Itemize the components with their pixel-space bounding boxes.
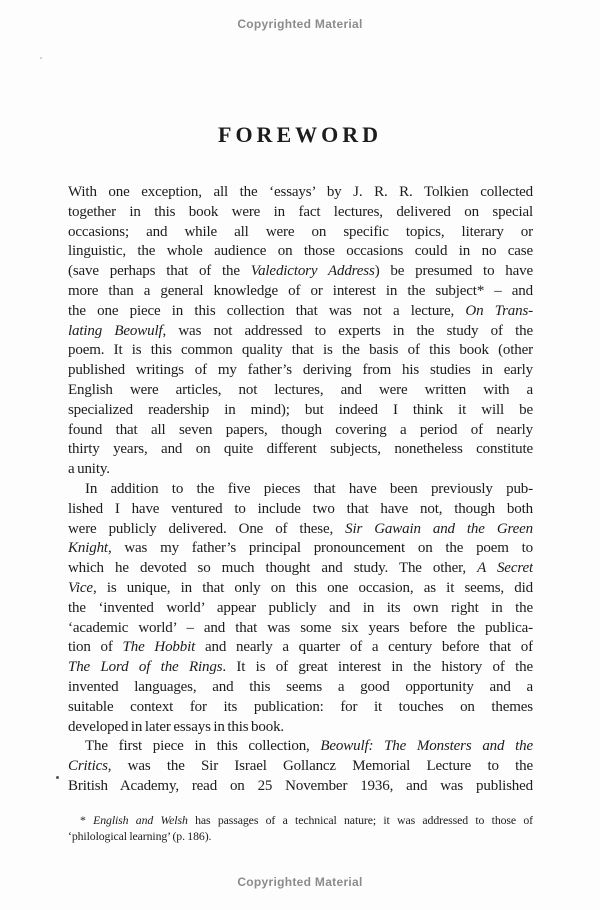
text-line: which he devoted so much thought and stu… (68, 559, 533, 579)
text-segment: found that all seven papers, though cove… (68, 422, 533, 438)
italic-text: On Trans- (465, 303, 533, 319)
text-segment: the one piece in this collection that wa… (68, 303, 465, 319)
text-line: a unity. (68, 460, 533, 480)
text-segment: developed in later essays in this book. (68, 719, 284, 735)
book-page: Copyrighted Material FOREWORD With one e… (0, 0, 600, 910)
text-line: were publicly delivered. One of these, S… (68, 520, 533, 540)
text-line: lating Beowulf, was not addressed to exp… (68, 322, 533, 342)
italic-text: English and Welsh (93, 813, 188, 827)
italic-text: A Secret (477, 560, 533, 576)
text-segment: together in this book were in fact lectu… (68, 204, 533, 220)
text-line: Critics, was the Sir Israel Gollancz Mem… (68, 757, 533, 777)
italic-text: lating Beowulf (68, 323, 163, 339)
italic-text: Beowulf: The Monsters and the (320, 738, 533, 754)
text-line: In addition to the five pieces that have… (68, 480, 533, 500)
text-line: lished I have ventured to include two th… (68, 500, 533, 520)
text-line: together in this book were in fact lectu… (68, 203, 533, 223)
text-segment: thirty years, and on quite different sub… (68, 441, 533, 457)
text-segment: * (80, 813, 93, 827)
text-segment: In addition to the five pieces that have… (85, 481, 533, 497)
text-line: poem. It is this common quality that is … (68, 341, 533, 361)
print-speck (56, 776, 59, 779)
text-segment: (save perhaps that of the (68, 263, 251, 279)
text-line: Knight, was my father’s principal pronou… (68, 539, 533, 559)
text-line: (save perhaps that of the Valedictory Ad… (68, 262, 533, 282)
footnote: * English and Welsh has passages of a te… (68, 813, 533, 844)
foreword-body-text: With one exception, all the ‘essays’ by … (68, 183, 533, 797)
text-line: ‘philological learning’ (p. 186). (68, 829, 533, 845)
text-segment: published writings of my father’s derivi… (68, 362, 533, 378)
text-segment: British Academy, read on 25 November 193… (68, 778, 533, 794)
text-segment: a unity. (68, 461, 110, 477)
page-title: FOREWORD (0, 122, 600, 148)
text-line: ‘academic world’ – and that was some six… (68, 619, 533, 639)
italic-text: Valedictory Address (251, 263, 375, 279)
text-segment: , was my father’s principal pronouncemen… (108, 540, 533, 556)
text-segment: poem. It is this common quality that is … (68, 342, 533, 358)
text-segment: ‘philological learning’ (p. 186). (68, 829, 211, 843)
text-segment: suitable context for its publication: fo… (68, 699, 533, 715)
copyright-watermark-top: Copyrighted Material (0, 17, 600, 31)
copyright-watermark-bottom: Copyrighted Material (0, 875, 600, 889)
text-line: published writings of my father’s derivi… (68, 361, 533, 381)
italic-text: Vice (68, 580, 93, 596)
italic-text: Critics (68, 758, 108, 774)
text-line: found that all seven papers, though cove… (68, 421, 533, 441)
text-segment: tion of (68, 639, 123, 655)
italic-text: Sir Gawain and the Green (345, 521, 533, 537)
text-line: tion of The Hobbit and nearly a quarter … (68, 638, 533, 658)
text-line: Vice, is unique, in that only on this on… (68, 579, 533, 599)
text-segment: the ‘invented world’ appear publicly and… (68, 600, 533, 616)
text-segment: English were articles, not lectures, and… (68, 382, 533, 398)
text-segment: The first piece in this collection, (85, 738, 320, 754)
text-line: British Academy, read on 25 November 193… (68, 777, 533, 797)
text-segment: , was not addressed to experts in the st… (163, 323, 533, 339)
italic-text: The Lord of the Rings (68, 659, 222, 675)
text-line: suitable context for its publication: fo… (68, 698, 533, 718)
text-segment: . It is of great interest in the history… (222, 659, 533, 675)
text-line: English were articles, not lectures, and… (68, 381, 533, 401)
text-segment: , is unique, in that only on this one oc… (93, 580, 533, 596)
text-line: more than a general knowledge of or inte… (68, 282, 533, 302)
text-line: invented languages, and this seems a goo… (68, 678, 533, 698)
text-segment: has passages of a technical nature; it w… (188, 813, 533, 827)
text-segment: ‘academic world’ – and that was some six… (68, 620, 533, 636)
text-segment: invented languages, and this seems a goo… (68, 679, 533, 695)
text-line: thirty years, and on quite different sub… (68, 440, 533, 460)
text-line: The Lord of the Rings. It is of great in… (68, 658, 533, 678)
text-line: specialized readership in mind); but ind… (68, 401, 533, 421)
text-line: The first piece in this collection, Beow… (68, 737, 533, 757)
text-line: * English and Welsh has passages of a te… (68, 813, 533, 829)
text-segment: which he devoted so much thought and stu… (68, 560, 477, 576)
text-segment: With one exception, all the ‘essays’ by … (68, 184, 533, 200)
text-segment: were publicly delivered. One of these, (68, 521, 345, 537)
text-line: developed in later essays in this book. (68, 718, 533, 738)
italic-text: Knight (68, 540, 108, 556)
italic-text: The Hobbit (123, 639, 196, 655)
text-segment: , was the Sir Israel Gollancz Memorial L… (108, 758, 533, 774)
text-segment: linguistic, the whole audience on those … (68, 243, 533, 259)
text-line: linguistic, the whole audience on those … (68, 242, 533, 262)
text-segment: occasions; and while all were on specifi… (68, 224, 533, 240)
text-segment: and nearly a quarter of a century before… (195, 639, 533, 655)
text-line: occasions; and while all were on specifi… (68, 223, 533, 243)
text-segment: lished I have ventured to include two th… (68, 501, 533, 517)
print-speck (40, 57, 42, 59)
text-line: With one exception, all the ‘essays’ by … (68, 183, 533, 203)
text-segment: more than a general knowledge of or inte… (68, 283, 533, 299)
text-segment: ) be presumed to have (375, 263, 533, 279)
text-segment: specialized readership in mind); but ind… (68, 402, 533, 418)
text-line: the one piece in this collection that wa… (68, 302, 533, 322)
text-line: the ‘invented world’ appear publicly and… (68, 599, 533, 619)
